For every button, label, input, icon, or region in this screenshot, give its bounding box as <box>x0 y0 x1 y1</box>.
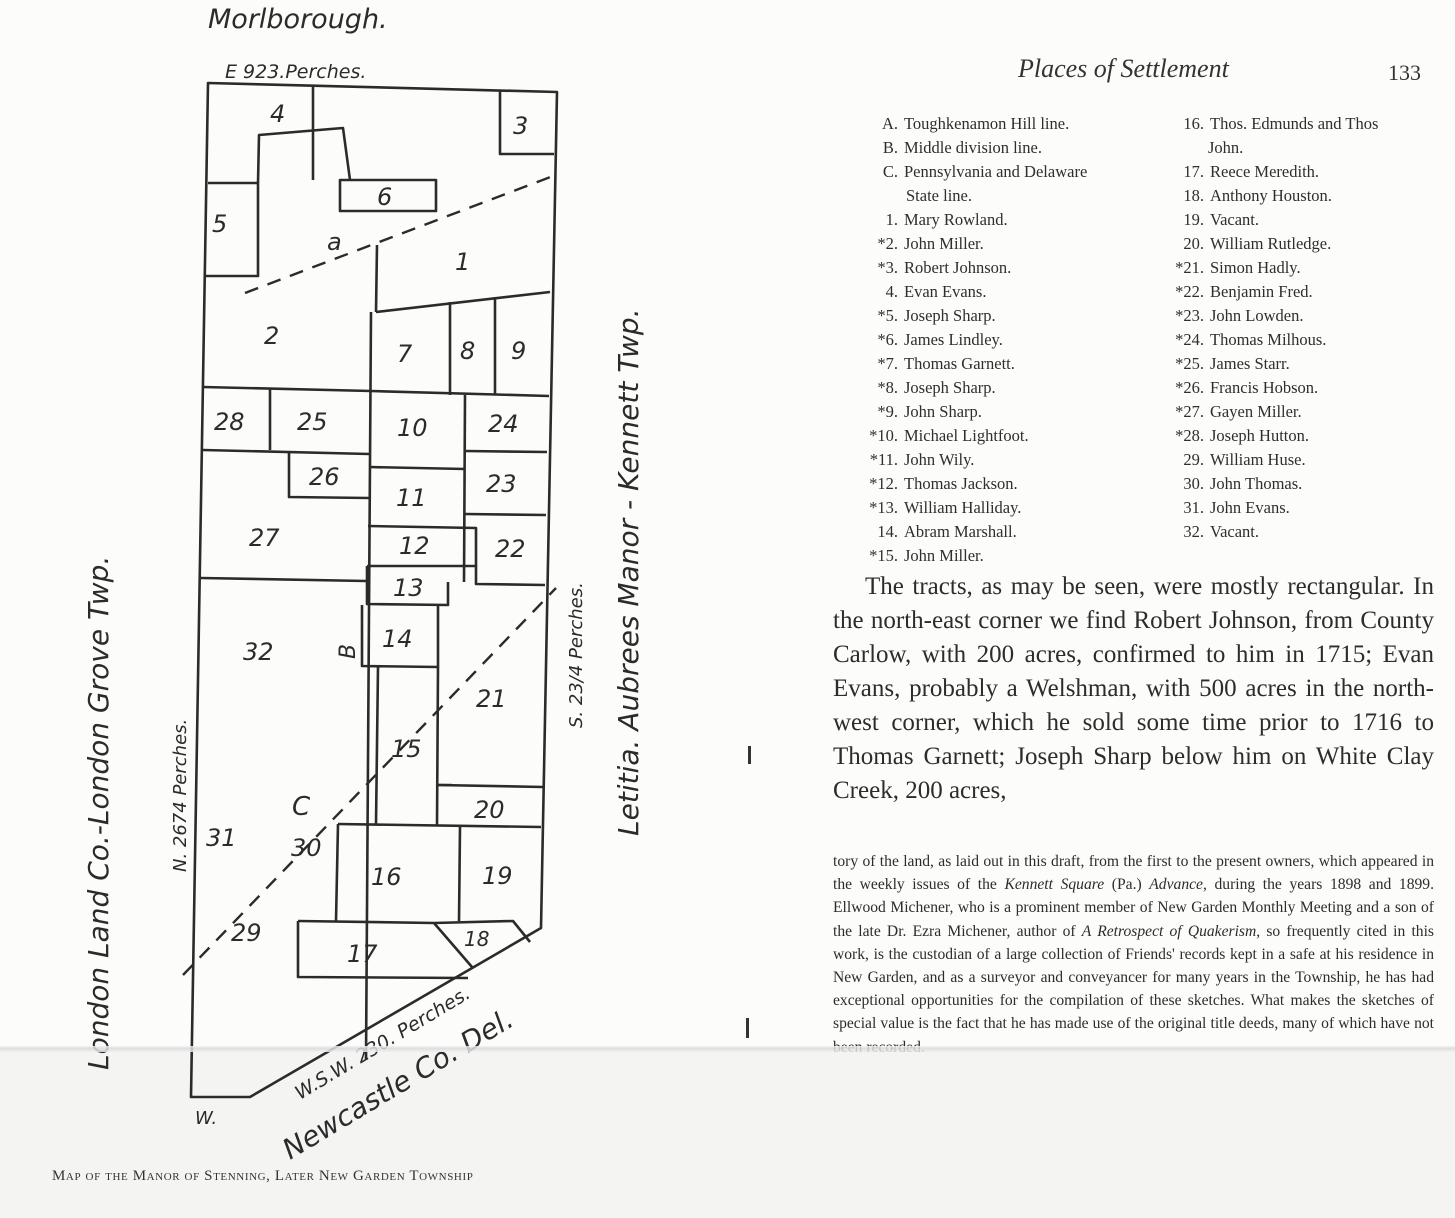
legend-entry: *13.William Halliday. <box>858 496 1148 520</box>
legend-entry-cont: John. <box>1162 136 1452 160</box>
svg-text:5: 5 <box>212 210 227 238</box>
line-a-label: a <box>327 228 342 256</box>
legend-entry: B.Middle division line. <box>858 136 1148 160</box>
line-b-label: B <box>336 644 361 659</box>
footnote-text: tory of the land, as laid out in this dr… <box>833 850 1434 1059</box>
svg-text:20: 20 <box>474 796 505 824</box>
legend-entry: *10.Michael Lightfoot. <box>858 424 1148 448</box>
page-number: 133 <box>1388 60 1421 86</box>
line-a <box>245 176 553 293</box>
svg-text:29: 29 <box>231 919 262 947</box>
legend-entry: 17.Reece Meredith. <box>1162 160 1452 184</box>
north-neighbor-label: Morlborough. <box>208 4 388 35</box>
legend-entry: 18.Anthony Houston. <box>1162 184 1452 208</box>
west-neighbor-label: London Land Co.-London Grove Twp. <box>82 556 115 1070</box>
svg-text:17: 17 <box>347 940 378 968</box>
legend-entry: *12.Thomas Jackson. <box>858 472 1148 496</box>
manor-map: 4 3 6 5 1 2 7 8 9 28 25 10 24 26 11 23 2… <box>0 0 700 1218</box>
legend-entry: A.Toughkenamon Hill line. <box>858 112 1148 136</box>
svg-text:14: 14 <box>382 625 413 653</box>
legend-entry: 32.Vacant. <box>1162 520 1452 544</box>
svg-text:22: 22 <box>495 535 526 563</box>
svg-text:21: 21 <box>476 685 507 713</box>
legend-entry: *2.John Miller. <box>858 232 1148 256</box>
legend-entry: *27.Gayen Miller. <box>1162 400 1452 424</box>
svg-text:26: 26 <box>309 463 340 491</box>
svg-text:4: 4 <box>270 100 285 128</box>
north-edge-label: E 923.Perches. <box>225 61 366 83</box>
legend-left-column: A.Toughkenamon Hill line. B.Middle divis… <box>858 112 1148 568</box>
east-edge-label: S. 23/4 Perches. <box>566 582 587 728</box>
legend-entry: *11.John Wily. <box>858 448 1148 472</box>
svg-text:23: 23 <box>486 470 517 498</box>
svg-text:8: 8 <box>460 337 475 365</box>
legend-entry: 1.Mary Rowland. <box>858 208 1148 232</box>
corner-w-label: W. <box>195 1108 217 1129</box>
gutter-mark <box>748 746 751 764</box>
running-head: Places of Settlement <box>1018 54 1229 84</box>
svg-text:27: 27 <box>249 524 280 552</box>
legend-entry: *28.Joseph Hutton. <box>1162 424 1452 448</box>
scan-artifact-line <box>0 1046 1455 1052</box>
svg-text:24: 24 <box>488 410 519 438</box>
svg-text:31: 31 <box>206 824 237 852</box>
legend-entry: *21.Simon Hadly. <box>1162 256 1452 280</box>
svg-text:1: 1 <box>455 248 470 276</box>
legend-entry: 30.John Thomas. <box>1162 472 1452 496</box>
legend-entry: *6.James Lindley. <box>858 328 1148 352</box>
svg-text:12: 12 <box>399 532 430 560</box>
svg-text:2: 2 <box>264 322 279 350</box>
svg-text:18: 18 <box>464 927 489 951</box>
legend-entry: *3.Robert Johnson. <box>858 256 1148 280</box>
svg-text:28: 28 <box>214 408 245 436</box>
legend-entry: *7.Thomas Garnett. <box>858 352 1148 376</box>
legend-entry-cont: State line. <box>858 184 1148 208</box>
legend-entry: 29.William Huse. <box>1162 448 1452 472</box>
legend-entry: *15.John Miller. <box>858 544 1148 568</box>
west-edge-label: N. 2674 Perches. <box>170 719 191 872</box>
legend-entry: *8.Joseph Sharp. <box>858 376 1148 400</box>
svg-text:25: 25 <box>297 408 328 436</box>
gutter-mark <box>746 1018 749 1038</box>
legend-entry: *9.John Sharp. <box>858 400 1148 424</box>
legend-entry: 31.John Evans. <box>1162 496 1452 520</box>
legend-entry: 14.Abram Marshall. <box>858 520 1148 544</box>
legend-entry: *24.Thomas Milhous. <box>1162 328 1452 352</box>
legend-entry: *5.Joseph Sharp. <box>858 304 1148 328</box>
body-paragraph: The tracts, as may be seen, were mostly … <box>833 570 1434 808</box>
svg-text:30: 30 <box>291 834 322 862</box>
legend-entry: 20.William Rutledge. <box>1162 232 1452 256</box>
east-neighbor-label: Letitia. Aubrees Manor - Kennett Twp. <box>612 308 645 836</box>
legend-entry: 16.Thos. Edmunds and Thos <box>1162 112 1452 136</box>
legend-entry: *22.Benjamin Fred. <box>1162 280 1452 304</box>
legend-entry: C.Pennsylvania and Delaware <box>858 160 1148 184</box>
svg-text:13: 13 <box>393 574 424 602</box>
svg-text:10: 10 <box>397 414 428 442</box>
line-c-label: C <box>292 792 311 822</box>
legend-right-column: 16.Thos. Edmunds and Thos John. 17.Reece… <box>1162 112 1452 544</box>
svg-text:7: 7 <box>397 340 413 368</box>
legend-entry: *23.John Lowden. <box>1162 304 1452 328</box>
svg-text:32: 32 <box>243 638 274 666</box>
svg-text:11: 11 <box>396 484 427 512</box>
legend-entry: 19.Vacant. <box>1162 208 1452 232</box>
map-caption: Map of the Manor of Stenning, Later New … <box>52 1168 473 1185</box>
svg-text:3: 3 <box>513 112 528 140</box>
legend-entry: 4.Evan Evans. <box>858 280 1148 304</box>
svg-text:16: 16 <box>371 863 402 891</box>
svg-text:6: 6 <box>377 183 392 211</box>
svg-text:15: 15 <box>391 735 422 763</box>
svg-text:19: 19 <box>482 862 513 890</box>
legend-entry: *25.James Starr. <box>1162 352 1452 376</box>
legend-entry: *26.Francis Hobson. <box>1162 376 1452 400</box>
svg-text:9: 9 <box>511 337 526 365</box>
